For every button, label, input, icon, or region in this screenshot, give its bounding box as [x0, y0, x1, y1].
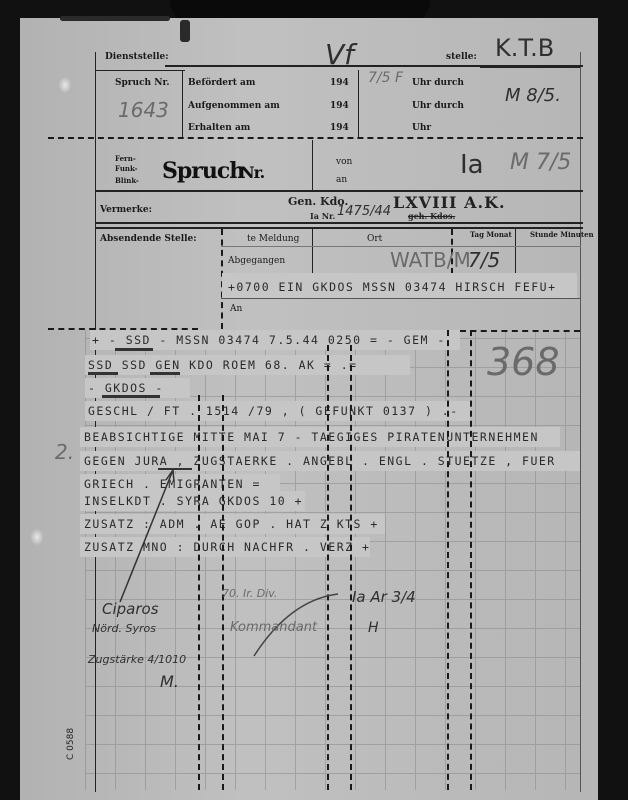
ink-smear — [60, 16, 170, 21]
blink-label: Blink- — [115, 177, 139, 185]
stamp-geh-kdos: geh. Kdos. — [408, 211, 455, 221]
spruch-box-top — [95, 70, 185, 71]
message-line-1: + - SSD - MSSN 03474 7.5.44 0250 = - GEM… — [92, 333, 446, 347]
erhalten-label: Erhalten am — [188, 123, 250, 133]
handwritten-signature: M 7/5 — [510, 150, 571, 175]
routing-divider-4 — [515, 229, 516, 274]
an-row-label: An — [230, 304, 242, 314]
annotation-zugstaerke: Zugstärke 4/1010 — [88, 653, 186, 666]
befoerdert-year: 194 — [330, 78, 349, 88]
annotation-nord-syros: Nörd. Syros — [92, 622, 156, 635]
message-line-4: GESCHL / FT . 1514 /79 , ( GEFUNKT 0137 … — [88, 404, 459, 418]
funk-label: Funk- — [115, 165, 138, 173]
title-divider — [312, 140, 313, 190]
spruch-nr-label: Spruch Nr. — [115, 78, 170, 88]
form-left-border — [95, 52, 96, 792]
teletype-header: +0700 EIN GKDOS MSSN 03474 HIRSCH FEFU+ — [228, 280, 557, 294]
handwritten-date: 7/5 F — [368, 70, 403, 86]
annotation-initials: M. — [160, 672, 179, 691]
grid-dash-col-5 — [447, 330, 449, 790]
aufgenommen-year: 194 — [330, 101, 349, 111]
spruch-nr-value: 1643 — [118, 98, 169, 122]
form-title: Spruch — [162, 158, 244, 184]
vermerke-label: Vermerke: — [100, 205, 152, 215]
ink-smear — [180, 20, 190, 42]
absendende-stelle-label: Absendende Stelle: — [100, 234, 197, 244]
stelle-handwritten: K.T.B — [495, 34, 554, 62]
routing-divider-2 — [312, 229, 313, 274]
date-column-divider — [358, 70, 359, 138]
cut-line-1 — [48, 137, 583, 139]
message-line-2: SSD SSD GEN KDO ROEM 68. AK = .= — [88, 358, 358, 372]
arrow-line — [110, 466, 180, 606]
handwritten-number: 368 — [487, 340, 560, 384]
stamp-ia-nr: Ia Nr. — [310, 211, 335, 221]
annotation-kommandant: Kommandant — [230, 620, 317, 635]
stamp-unit: LXVIII A.K. — [393, 193, 506, 212]
annotation-ciparos: Ciparos — [102, 600, 159, 618]
aufgenommen-uhr: Uhr durch — [412, 101, 464, 111]
befoerdert-label: Befördert am — [188, 78, 255, 88]
annotation-right-2: H — [368, 620, 379, 636]
spruch-box-right — [182, 70, 183, 138]
underline-ssd-2 — [88, 372, 118, 375]
form-title-nr: Nr. — [240, 163, 264, 182]
form-right-border — [580, 52, 581, 792]
punch-hole-bottom — [30, 528, 44, 546]
punch-hole-top — [58, 76, 72, 94]
grid-dash-col-1 — [198, 395, 200, 790]
handwritten-ia: Ia — [460, 150, 484, 180]
dienststelle-label: Dienststelle: — [105, 52, 169, 62]
stunde-minuten-label: Stunde Minuten — [530, 231, 568, 239]
abgegangen-tag: 7/5 — [468, 248, 500, 272]
befoerdert-uhr: Uhr durch — [412, 78, 464, 88]
stelle-label: stelle: — [446, 52, 477, 62]
underline-ssd-1 — [115, 348, 153, 351]
message-line-3: - GKDOS - — [88, 381, 164, 395]
underline-ssd-3 — [150, 372, 180, 375]
handwritten-mark-top: Vf — [325, 38, 354, 71]
abgegangen-label: Abgegangen — [228, 256, 285, 266]
ort-label: Ort — [367, 234, 382, 244]
vermerke-line-1 — [95, 222, 583, 224]
stamp-handwritten-nr: 1475/44 — [337, 204, 391, 219]
grid-dash-col-3 — [327, 345, 329, 790]
von-label: von — [336, 157, 352, 167]
form-code: C 0588 — [66, 728, 76, 760]
handwritten-initials: M 8/5. — [505, 85, 561, 106]
an-line — [221, 298, 581, 299]
an-label: an — [336, 175, 347, 185]
annotation-right-1: Ia Ar 3/4 — [352, 588, 416, 606]
abgegangen-ort: WATB/M — [390, 248, 471, 272]
meldung-label: te Meldung — [247, 234, 299, 244]
annotation-division: 70. Ir. Div. — [222, 587, 277, 600]
aufgenommen-label: Aufgenommen am — [188, 101, 280, 111]
title-bottom-line — [95, 190, 583, 192]
grid-dash-col-6 — [470, 330, 472, 790]
tag-monat-label: Tag Monat — [470, 231, 500, 239]
vermerke-line-2 — [95, 227, 583, 229]
stelle-underline — [480, 66, 580, 68]
margin-mark: 2. — [55, 440, 74, 464]
erhalten-uhr: Uhr — [412, 123, 431, 133]
underline-gkdos — [102, 395, 160, 398]
routing-header-line — [221, 246, 581, 247]
grid-dash-col-4 — [350, 345, 352, 790]
erhalten-year: 194 — [330, 123, 349, 133]
cut-line-2-right — [460, 330, 580, 332]
